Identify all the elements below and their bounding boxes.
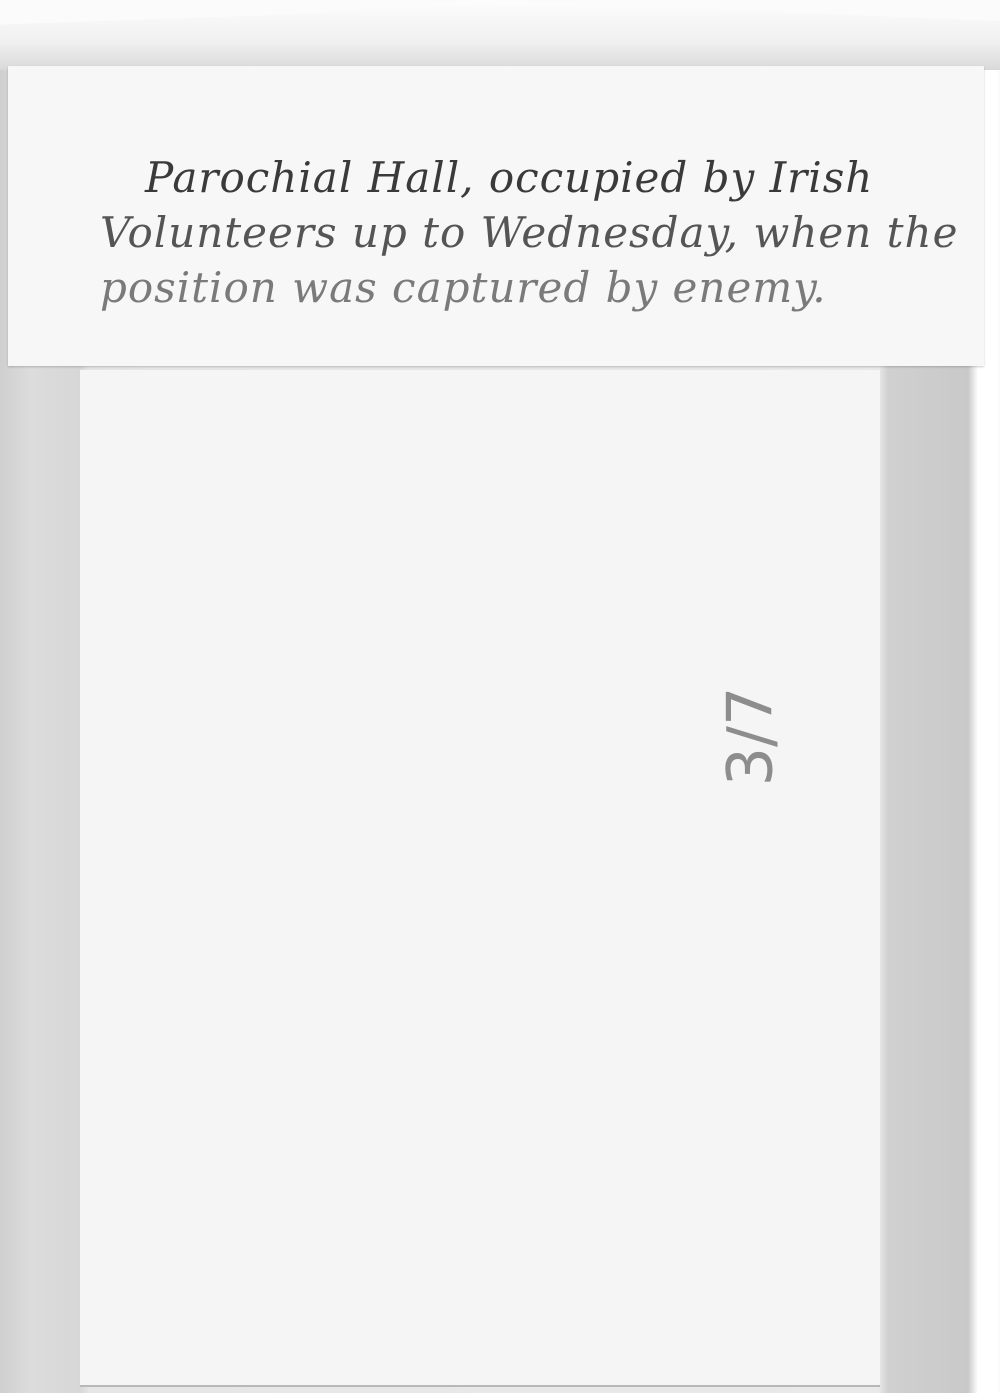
inner-sheet (80, 370, 880, 1387)
caption-line-1: Parochial Hall, occupied by Irish (100, 150, 980, 205)
handwritten-caption: Parochial Hall, occupied by Irish Volunt… (100, 150, 980, 315)
pencil-reference-number: 3/7 (713, 687, 786, 787)
caption-line-2: Volunteers up to Wednesday, when the (100, 205, 980, 260)
caption-line-3: position was captured by enemy. (100, 260, 980, 315)
envelope-flap (0, 0, 1000, 70)
